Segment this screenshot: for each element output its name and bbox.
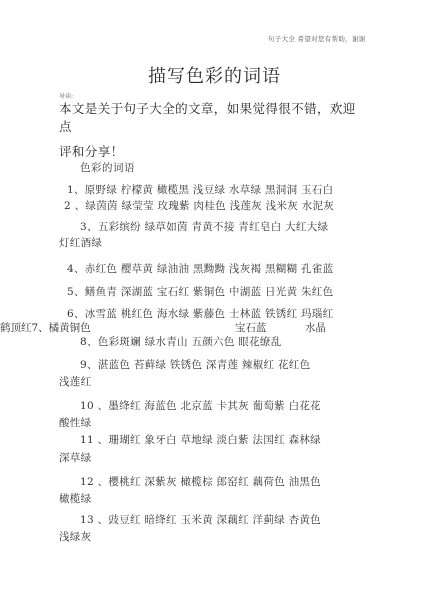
- list-item-7-overlap-right: 水晶: [305, 320, 326, 335]
- list-item-1: 1、原野绿 柠檬黄 橄榄黑 浅豆绿 水草绿 黑洞洞 玉石白: [67, 182, 333, 197]
- list-item-13: 13 、豉豆红 暗绛红 玉米黄 深藕红 洋蓟绿 杏黄色: [80, 512, 321, 527]
- page-title: 描写色彩的词语: [148, 62, 281, 88]
- section-title: 色彩的词语: [80, 160, 135, 175]
- list-item-10: 10 、墨绛红 海蓝色 北京蓝 卡其灰 葡萄紫 白花花: [80, 398, 321, 413]
- list-item-5: 5、鳝鱼青 深湖蓝 宝石红 紫铜色 中湖蓝 日光黄 朱红色: [67, 284, 333, 299]
- list-item-2: 2 、绿茵茵 绿莹莹 玫瑰紫 肉桂色 浅莲灰 浅米灰 水泥灰: [64, 198, 334, 213]
- list-item-9: 9、湛蓝色 苔藓绿 铁锈色 深青莲 辣椒红 花红色: [80, 357, 310, 372]
- list-item-6: 6、冰雪蓝 桃红色 海水绿 紫藤色 士林蓝 铁锈红 玛瑙红: [67, 306, 333, 321]
- intro-line-2: 点: [59, 117, 72, 135]
- list-item-9-wrap: 浅莲红: [59, 374, 91, 389]
- header-note: 句子大全 希望对您有帮助，谢谢: [268, 34, 366, 43]
- list-item-10-wrap: 酸性绿: [59, 415, 91, 430]
- list-item-11-wrap: 深草绿: [59, 450, 91, 465]
- list-item-12-wrap: 橄榄绿: [59, 491, 91, 506]
- list-item-11: 11 、珊瑚红 象牙白 草地绿 淡白紫 法国红 森林绿: [80, 432, 321, 447]
- list-item-3-wrap: 灯红酒绿: [59, 235, 102, 250]
- list-item-12: 12 、樱桃红 深紫灰 橄榄棕 郎窑红 藕荷色 油黑色: [80, 474, 321, 489]
- list-item-7-overlap-mid: 宝石蓝: [235, 320, 267, 335]
- list-item-8: 8、色彩斑斓 绿水青山 五颜六色 眼花缭乱: [80, 334, 282, 349]
- list-item-13-wrap: 浅绿灰: [59, 529, 91, 544]
- list-item-3: 3、五彩缤纷 绿草如茵 青黄不接 青红皂白 大红大绿: [80, 219, 328, 234]
- intro-line-3: 评和分享！: [59, 142, 124, 160]
- list-item-4: 4、赤红色 樱草黄 绿油油 黑黝黝 浅灰褐 黑糊糊 孔雀蓝: [67, 261, 333, 276]
- list-item-7-overlap-left: 鹤顶红7、橘黄铜色: [0, 320, 91, 335]
- intro-line-1: 本文是关于句子大全的文章，如果觉得很不错，欢迎: [59, 99, 356, 117]
